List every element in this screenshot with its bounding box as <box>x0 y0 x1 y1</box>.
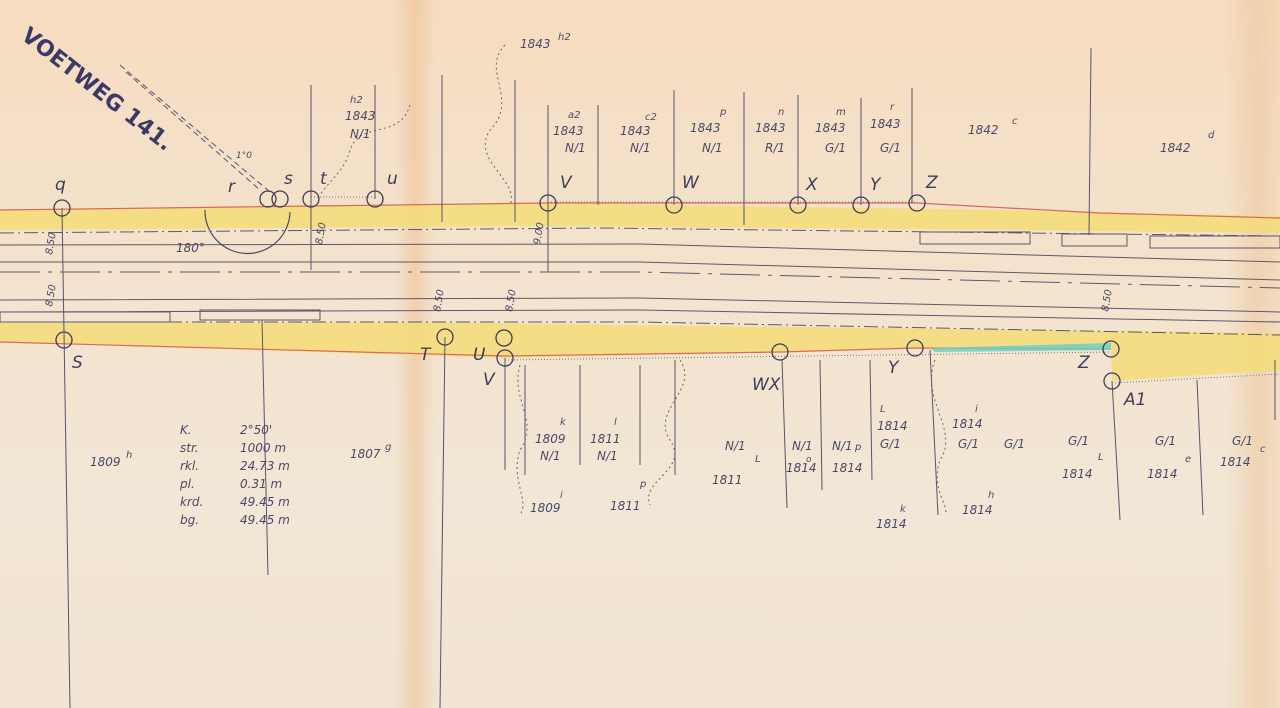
svg-text:8.50: 8.50 <box>1100 289 1115 313</box>
svg-text:c: c <box>1012 116 1018 127</box>
survey-lines <box>62 48 1275 708</box>
svg-text:N/1: N/1 <box>630 141 651 155</box>
svg-text:Y: Y <box>870 175 882 195</box>
svg-text:U: U <box>473 345 486 365</box>
svg-text:1843: 1843 <box>755 121 786 135</box>
svg-text:1809: 1809 <box>90 455 121 469</box>
svg-text:u: u <box>387 169 398 189</box>
svg-text:1809: 1809 <box>530 501 561 515</box>
svg-text:h2: h2 <box>350 95 363 106</box>
svg-text:1809: 1809 <box>535 432 566 446</box>
svg-text:g: g <box>385 442 391 453</box>
svg-text:Z: Z <box>1077 353 1090 373</box>
survey-map: VOETWEG 141. q r s t u V W X Y Z S T U V… <box>0 0 1280 708</box>
svg-text:G/1: G/1 <box>1068 434 1089 448</box>
svg-text:Y: Y <box>888 358 900 378</box>
svg-text:49.45 m: 49.45 m <box>240 495 290 509</box>
svg-text:N/1: N/1 <box>725 439 746 453</box>
svg-text:N/1: N/1 <box>832 439 853 453</box>
svg-text:N/1: N/1 <box>565 141 586 155</box>
svg-text:l: l <box>614 417 617 428</box>
svg-text:c2: c2 <box>645 112 657 123</box>
svg-text:1807: 1807 <box>350 447 381 461</box>
svg-text:h: h <box>126 450 132 461</box>
svg-text:t: t <box>320 169 328 189</box>
svg-text:24.73 m: 24.73 m <box>240 459 290 473</box>
svg-text:k: k <box>900 504 907 515</box>
svg-text:c: c <box>1260 444 1266 455</box>
svg-text:Z: Z <box>925 173 938 193</box>
svg-text:p: p <box>719 107 726 118</box>
svg-text:1842: 1842 <box>1160 141 1191 155</box>
svg-text:S: S <box>72 353 83 373</box>
svg-text:G/1: G/1 <box>1155 434 1176 448</box>
svg-text:p: p <box>854 442 861 453</box>
svg-text:X: X <box>805 175 818 195</box>
svg-text:L: L <box>880 404 886 415</box>
svg-text:r: r <box>228 177 236 197</box>
svg-text:1814: 1814 <box>786 461 817 475</box>
svg-text:1843: 1843 <box>620 124 651 138</box>
svg-text:W: W <box>682 173 700 193</box>
svg-text:1814: 1814 <box>832 461 863 475</box>
svg-text:G/1: G/1 <box>1232 434 1253 448</box>
svg-text:K.: K. <box>180 423 192 437</box>
svg-text:1814: 1814 <box>962 503 993 517</box>
svg-text:1811: 1811 <box>610 499 641 513</box>
svg-text:m: m <box>836 107 846 118</box>
svg-text:N/1: N/1 <box>792 439 813 453</box>
svg-text:1814: 1814 <box>952 417 983 431</box>
svg-text:1843: 1843 <box>815 121 846 135</box>
road-verge-top <box>0 203 1280 233</box>
svg-text:L: L <box>755 454 761 465</box>
svg-text:8.50: 8.50 <box>504 289 519 313</box>
svg-text:1000 m: 1000 m <box>240 441 286 455</box>
svg-text:krd.: krd. <box>180 495 203 509</box>
svg-text:e: e <box>1185 454 1191 465</box>
svg-text:pl.: pl. <box>179 477 195 491</box>
svg-text:8.50: 8.50 <box>44 284 59 308</box>
svg-text:1814: 1814 <box>1147 467 1178 481</box>
svg-text:1°0: 1°0 <box>236 151 252 161</box>
svg-text:i: i <box>975 404 978 415</box>
svg-text:8.50: 8.50 <box>44 232 59 256</box>
svg-text:V: V <box>483 370 496 390</box>
svg-text:N/1: N/1 <box>597 449 618 463</box>
svg-text:i: i <box>560 490 563 501</box>
svg-text:G/1: G/1 <box>880 437 901 451</box>
svg-text:1811: 1811 <box>590 432 621 446</box>
map-title: VOETWEG 141. <box>16 23 177 156</box>
svg-text:R/1: R/1 <box>765 141 785 155</box>
svg-text:1814: 1814 <box>876 517 907 531</box>
svg-text:WX: WX <box>752 375 781 395</box>
svg-text:N/1: N/1 <box>350 127 371 141</box>
svg-text:1843: 1843 <box>520 37 551 51</box>
svg-text:180°: 180° <box>176 241 205 255</box>
svg-text:G/1: G/1 <box>1004 437 1025 451</box>
svg-text:rkl.: rkl. <box>180 459 199 473</box>
top-parcel-labels: 1843h2 h21843N/1 a21843N/1 c21843N/1 p18… <box>345 32 1215 155</box>
svg-text:1811: 1811 <box>712 473 743 487</box>
svg-text:1843: 1843 <box>553 124 584 138</box>
svg-text:G/1: G/1 <box>825 141 846 155</box>
angle-labels: 180° 1°0 <box>176 151 252 255</box>
svg-text:N/1: N/1 <box>540 449 561 463</box>
svg-text:h: h <box>988 490 994 501</box>
svg-text:N/1: N/1 <box>702 141 723 155</box>
svg-text:q: q <box>55 175 66 195</box>
svg-text:49.45 m: 49.45 m <box>240 513 290 527</box>
svg-text:G/1: G/1 <box>958 437 979 451</box>
svg-text:1814: 1814 <box>877 419 908 433</box>
svg-text:d: d <box>1208 130 1215 141</box>
top-point-labels: q r s t u V W X Y Z <box>55 169 938 197</box>
curve-table: K.2°50' str.1000 m rkl.24.73 m pl.0.31 m… <box>179 423 290 527</box>
svg-text:8.50: 8.50 <box>432 289 447 313</box>
svg-text:r: r <box>890 102 895 113</box>
svg-text:1843: 1843 <box>870 117 901 131</box>
svg-text:1842: 1842 <box>968 123 999 137</box>
svg-text:A1: A1 <box>1123 390 1146 410</box>
svg-text:L: L <box>1098 452 1104 463</box>
svg-text:k: k <box>560 417 567 428</box>
svg-text:bg.: bg. <box>180 513 199 527</box>
svg-text:2°50': 2°50' <box>240 423 272 437</box>
svg-text:p: p <box>639 479 646 490</box>
svg-text:1814: 1814 <box>1062 467 1093 481</box>
svg-text:str.: str. <box>180 441 199 455</box>
svg-text:1814: 1814 <box>1220 455 1251 469</box>
svg-text:T: T <box>420 345 432 365</box>
svg-text:s: s <box>284 169 293 189</box>
svg-text:V: V <box>560 173 573 193</box>
svg-text:1843: 1843 <box>690 121 721 135</box>
svg-text:G/1: G/1 <box>880 141 901 155</box>
svg-text:a2: a2 <box>568 110 581 121</box>
svg-text:1843: 1843 <box>345 109 376 123</box>
svg-text:n: n <box>778 107 784 118</box>
svg-text:h2: h2 <box>558 32 571 43</box>
svg-text:0.31 m: 0.31 m <box>240 477 282 491</box>
